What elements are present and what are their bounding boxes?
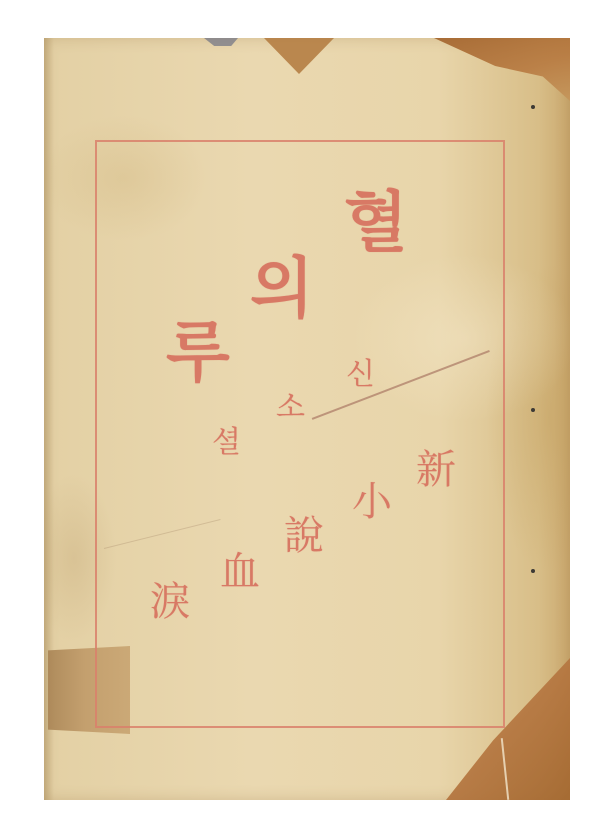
binding-hole: [531, 105, 535, 109]
hanja-char-tears: 淚: [150, 582, 190, 622]
top-blue-mark: [204, 38, 238, 46]
binding-hole: [531, 569, 535, 573]
binding-hole: [531, 408, 535, 412]
hanja-char-novel: 說: [284, 516, 324, 556]
hanja-char-blood: 血: [220, 552, 260, 592]
scene: 혈 의 루 신 소 셜 新 小 說 血 淚: [0, 0, 616, 830]
hanja-char-small: 小: [352, 482, 392, 522]
subtitle-char-so: 소: [276, 393, 305, 423]
subtitle-char-syeol: 셜: [212, 428, 241, 458]
title-char-ru: 루: [166, 320, 230, 386]
top-center-stain: [264, 38, 334, 74]
top-right-corner-repair: [434, 38, 570, 108]
title-char-hyeol: 혈: [344, 190, 408, 256]
book-cover: 혈 의 루 신 소 셜 新 小 說 血 淚: [44, 38, 570, 800]
hanja-char-new: 新: [416, 450, 456, 490]
title-char-ui: 의: [250, 256, 314, 322]
subtitle-char-sin: 신: [346, 360, 375, 390]
red-border-frame: [95, 140, 505, 728]
